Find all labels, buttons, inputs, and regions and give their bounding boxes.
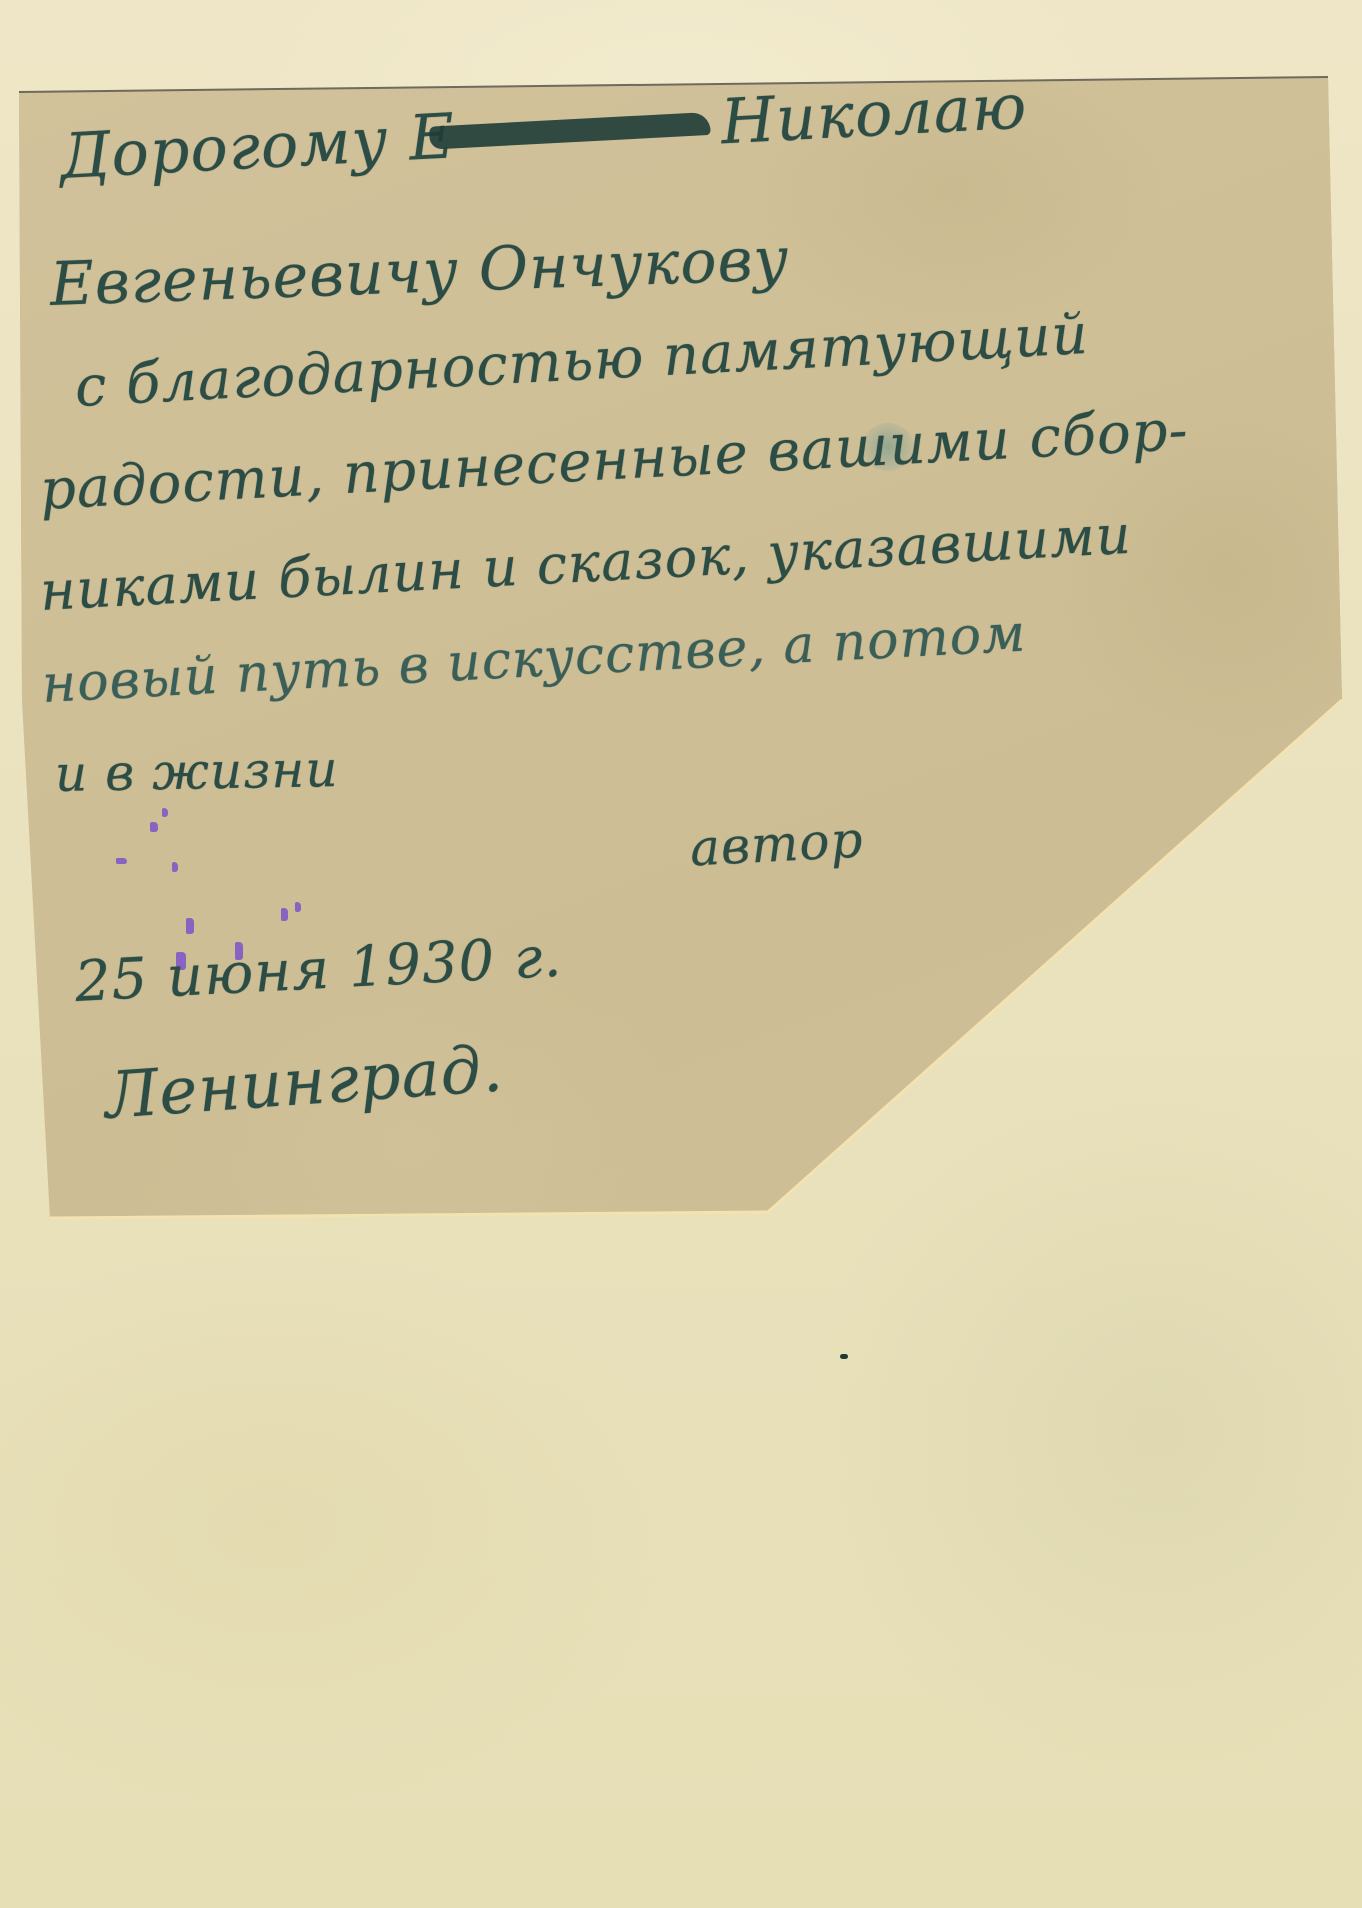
ink-speck <box>840 1354 848 1359</box>
inscription-line-7: и в жизни <box>54 740 339 803</box>
stamp-fleck <box>172 862 178 872</box>
album-page: Дорогому Евгению Николаю Евгеньевичу Онч… <box>0 0 1362 1908</box>
stamp-fleck <box>150 822 158 832</box>
stamp-fleck <box>116 858 127 864</box>
stamp-fleck <box>162 808 168 817</box>
crossed-out-word: Евгению <box>407 86 702 174</box>
stamp-fleck <box>295 902 301 912</box>
signature: автор <box>689 811 865 878</box>
stamp-fleck <box>281 908 288 921</box>
stamp-fleck <box>186 918 194 934</box>
strike-through <box>428 111 711 149</box>
